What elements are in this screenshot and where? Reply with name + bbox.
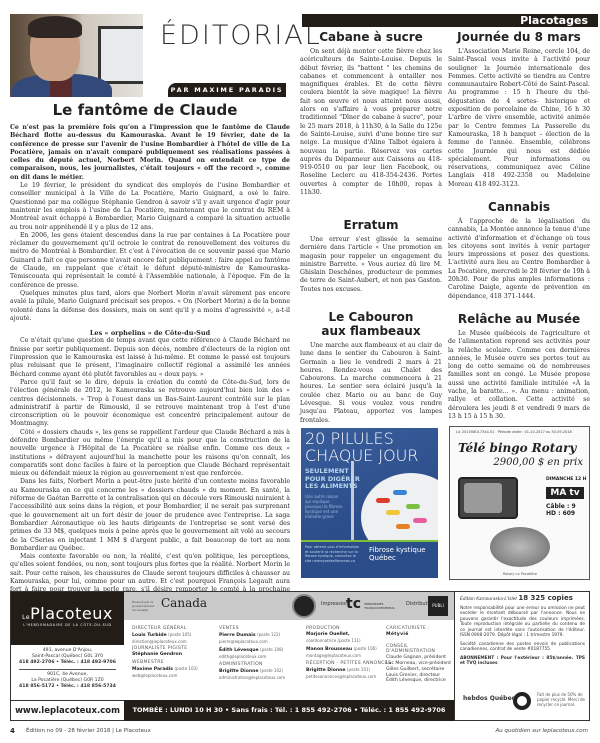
logo-name: Placoteux <box>30 604 113 623</box>
edition-line: Édition no 09 - 28 février 2018 | Le Pla… <box>26 728 151 734</box>
licence-text: Lic 201508017344-01 Période visée : 01-1… <box>456 430 586 434</box>
bingo-ad[interactable]: Lic 201508017344-01 Période visée : 01-1… <box>449 426 590 580</box>
article-title: Erratum <box>300 218 442 232</box>
article-body: L'Association Marie Reine, cercle 104, d… <box>448 48 590 189</box>
addresses: 491, avenue D'Anjou, Saint-Pascal (Québe… <box>11 645 124 701</box>
ad-subheadline: SEULEMENT POUR DIGÉRER LES ALIMENTS <box>305 468 360 491</box>
bingo-prize: 2900,00 $ en prix <box>493 457 583 468</box>
pill-graphic <box>396 524 410 529</box>
logo-prefix: Le <box>22 614 30 621</box>
site-tagline[interactable]: Au quotidien sur leplacoteux.com <box>496 728 589 734</box>
hd-channel: HD : 609 <box>546 510 576 517</box>
staff-ext: (poste 108) <box>260 647 283 652</box>
board-member: Gilles Guilbert, secrétaire <box>386 667 454 673</box>
board-member: Luc Morneau, vice-président <box>386 661 454 667</box>
monitor-graphic <box>98 26 143 84</box>
paragraph: Parce qu'il faut se le dire, depuis la c… <box>10 379 290 429</box>
cable-channel: Câble : 9 <box>546 503 576 510</box>
staff-email: administration@leplacoteux.com <box>219 675 285 681</box>
article-cabouron: Le Cabouron aux flambeaux Une marche aux… <box>300 310 442 425</box>
staff-ext: (poste 101) <box>347 667 370 672</box>
board-title: CONSEIL D'ADMINISTRATION <box>386 644 454 656</box>
article-body: Une erreur s'est glissée la semaine dern… <box>300 236 442 294</box>
staff-ext: (poste 103) <box>175 666 198 671</box>
distributor-logo: PUBLI SAC <box>428 596 448 616</box>
pill-graphic <box>393 490 407 495</box>
staff-ext: (poste 105) <box>168 632 191 637</box>
ad-headline: 20 PILULES CHAQUE JOUR <box>305 430 438 464</box>
article-title: Cannabis <box>448 200 590 214</box>
placoteux-logo: LePlacoteux L'HEBDOMADAIRE DE LA CÔTE-DU… <box>11 592 124 645</box>
article-title: Le Cabouron aux flambeaux <box>316 310 426 338</box>
period-text: Période visée : 01-10-2017 au 30-09-2018 <box>498 430 572 434</box>
lead-paragraph: Ce n'est pas la première fois qu'on a l'… <box>10 124 290 182</box>
hebdos-logo: hebdos Québec <box>463 696 515 702</box>
placotages-banner: Placotages <box>302 14 598 27</box>
subhead: Les « orphelins » de Côte-du-Sud <box>10 329 290 337</box>
staff-email: edith@leplacoteux.com <box>219 654 285 660</box>
staff-email: petitesannonces@leplacoteux.com <box>306 674 391 680</box>
staff-column: CARICATURISTE : Métyvié CONSEIL D'ADMINI… <box>386 624 454 684</box>
article-body: Le Musée québécois de l'agriculture et d… <box>448 330 590 421</box>
phone-line: 418 492-2706 • Téléc. : 418 492-9706 <box>11 660 124 666</box>
staff-name: Maxime Paradis <box>132 667 173 672</box>
subscription-info: ABONNEMENT : Pour l'extérieur : 85$/anné… <box>460 656 585 667</box>
caricaturiste-label: CARICATURISTE : <box>386 626 430 631</box>
deadline-bar: TOMBÉE : LUNDI 10 H 30 • Sans frais : Té… <box>124 700 454 721</box>
recycle-icon <box>513 692 531 710</box>
article-body: À l'approche de la légalisation du canna… <box>448 218 590 301</box>
staff-ext: (poste 102) <box>260 668 283 673</box>
board-member: Édith Lévesque, directrice <box>386 678 454 684</box>
staff-name: Pierre Dumais <box>219 633 256 638</box>
ad-footer: Rotary La Pocatière <box>456 572 584 576</box>
fibrose-ad[interactable]: 20 PILULES CHAQUE JOUR SEULEMENT POUR DI… <box>301 428 438 578</box>
article-cabane: Cabane à sucre On sent déjà monter cette… <box>300 30 442 197</box>
paragraph: Dans les faits, Norbert Morin a peut-êtr… <box>10 478 290 553</box>
licence-number: Lic 201508017344-01 <box>456 430 494 434</box>
copies-count: 18 325 copies <box>518 594 573 602</box>
staff-column: DIRECTEUR GÉNÉRAL Louis Turbide (poste 1… <box>132 624 198 678</box>
page-number: 4 <box>10 727 15 735</box>
staff-directory: DIRECTEUR GÉNÉRAL Louis Turbide (poste 1… <box>124 620 454 700</box>
disclaimer: Notre responsabilité pour une erreur ou … <box>460 606 585 639</box>
publication-info: Édition Kamouraska-L'Islet 18 325 copies… <box>454 592 590 721</box>
divider <box>19 669 116 670</box>
bingo-title: Télé bingo Rotary <box>458 441 576 455</box>
paragraph: Quelques minutes plus tard, alors que No… <box>10 290 290 323</box>
impression-label: Impression <box>321 601 348 607</box>
fibrose-logo: Fibrose kystique Québec <box>369 546 438 562</box>
article-title: Relâche au Musée <box>448 312 590 326</box>
phone-line: 418 856-5172 • Téléc. : 418 856-5734 <box>11 684 124 690</box>
pill-graphic <box>406 504 420 509</box>
ad-small-text: Une autre raison qui explique pourquoi l… <box>305 494 345 519</box>
article-title: Cabane à sucre <box>300 30 442 44</box>
pill-graphic <box>376 498 390 503</box>
staff-name: Édith Lévesque <box>219 648 259 653</box>
masthead-footer: LePlacoteux L'HEBDOMADAIRE DE LA CÔTE-DU… <box>10 591 590 721</box>
byline: PAR MAXIME PARADIS <box>168 83 286 97</box>
article-body: Une marche aux flambeaux et au clair de … <box>300 342 442 425</box>
paragraph: Le 19 février, le président du syndicat … <box>10 182 290 232</box>
editorial-body: Ce n'est pas la première fois qu'on a l'… <box>10 124 290 611</box>
banner-label: Placotages <box>520 14 588 27</box>
canada-wordmark: Canada <box>161 596 207 610</box>
logo-tagline: L'HEBDOMADAIRE DE LA CÔTE-DU-SUD <box>11 623 124 627</box>
paragraph: Côté « dossiers chauds », les gens se ra… <box>10 429 290 479</box>
section-title: ÉDITORIAL <box>160 20 285 51</box>
paragraph: Ce n'était qu'une question de temps avan… <box>10 337 290 378</box>
staff-name: Louis Turbide <box>132 633 167 638</box>
staff-email: montage@leplacoteux.com <box>306 653 391 659</box>
staff-name: Brigitte Dionne <box>306 668 346 673</box>
headline: Le fantôme de Claude <box>0 101 290 119</box>
fund-note: Financé par le gouvernement du Canada <box>132 600 154 612</box>
ad-footer-text: Pour obtenir plus d'information et soute… <box>305 545 360 563</box>
article-relache: Relâche au Musée Le Musée québécois de l… <box>448 312 590 421</box>
author-photo <box>10 14 143 97</box>
bingo-balls-graphic <box>490 527 550 567</box>
staff-email: web@leplacoteux.com <box>132 673 198 679</box>
edition-label: Édition Kamouraska-L'Islet <box>460 597 517 602</box>
article-erratum: Erratum Une erreur s'est glissée la sema… <box>300 218 442 294</box>
staff-name: Stéphanie Gendron <box>132 652 198 658</box>
broadcast-day: DIMANCHE 12 H <box>546 477 586 482</box>
staff-email: direction@leplacoteux.com <box>132 639 198 645</box>
staff-ext: (poste 106) <box>354 646 377 651</box>
association-seal-icon <box>292 594 316 618</box>
staff-name: Brigitte Dionne <box>219 669 259 674</box>
caricaturiste-name: Métyvié <box>386 632 409 637</box>
partners-bar: Financé par le gouvernement du Canada Ca… <box>124 592 454 620</box>
channel-numbers: Câble : 9HD : 609 <box>546 503 576 517</box>
paragraph: En 2006, les gens étaient descendus dans… <box>10 232 290 290</box>
printer-subtitle: IMPRIMERIES TRANSCONTINENTAL <box>364 602 399 610</box>
article-journee: Journée du 8 mars L'Association Marie Re… <box>448 30 590 189</box>
staff-email: pierre@leplacoteux.com <box>219 639 285 645</box>
channel-logo: MA tv <box>546 487 584 499</box>
pill-graphic <box>413 518 427 523</box>
website-link[interactable]: www.leplacoteux.com <box>11 700 124 721</box>
tv-icon <box>458 477 518 519</box>
staff-ext: (poste 122) <box>257 632 280 637</box>
staff-column: PRODUCTION Marjorie Ouellet, coordonnatr… <box>306 624 391 679</box>
staff-name: Manon Brousseau <box>306 647 352 652</box>
article-body: On sent déjà monter cette fièvre chez le… <box>300 48 442 197</box>
pill-graphic <box>386 510 400 515</box>
hair-graphic <box>28 16 82 38</box>
postal-note: Société canadienne des postes envois de … <box>460 642 585 653</box>
printer-logo: tc <box>346 596 361 612</box>
recycle-note: Fait de plus de 50% de papier recyclé. M… <box>537 692 587 707</box>
article-title: Journée du 8 mars <box>448 30 590 44</box>
staff-column: VENTES Pierre Dumais (poste 122) pierre@… <box>219 624 285 680</box>
staff-ext: coordonnatrice (poste 111) <box>306 638 391 644</box>
article-cannabis: Cannabis À l'approche de la légalisation… <box>448 200 590 301</box>
